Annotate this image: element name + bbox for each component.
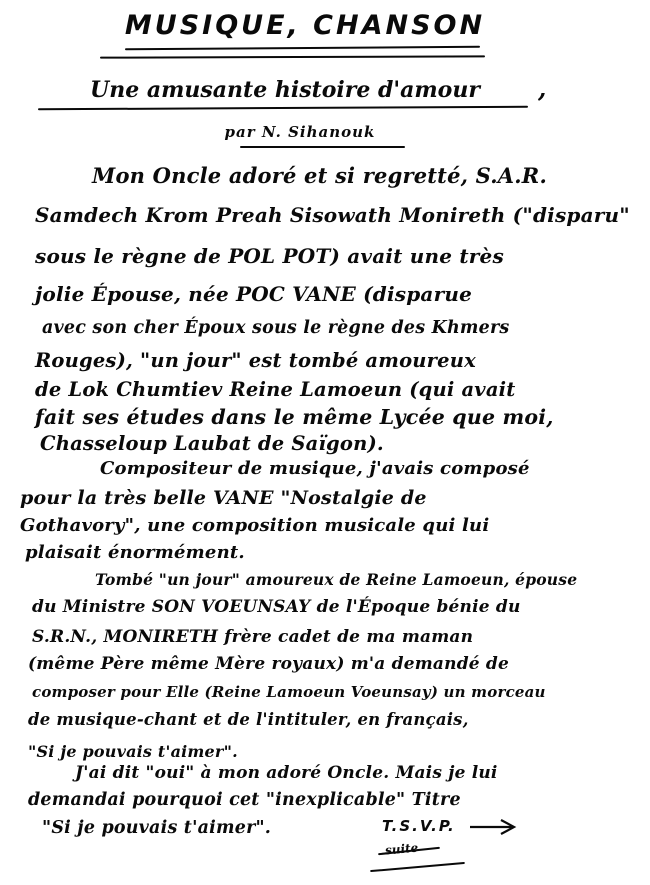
text-line: J'ai dit "oui" à mon adoré Oncle. Mais j… bbox=[75, 763, 498, 783]
title-underline bbox=[125, 46, 480, 50]
text-line: avec son cher Époux sous le règne des Kh… bbox=[42, 318, 509, 338]
text-line: Samdech Krom Preah Sisowath Monireth ("d… bbox=[35, 203, 630, 227]
text-line: Compositeur de musique, j'avais composé bbox=[100, 458, 530, 479]
text-line: S.R.N., MONIRETH frère cadet de ma maman bbox=[32, 627, 473, 647]
text-line: de Lok Chumtiev Reine Lamoeun (qui avait bbox=[35, 378, 515, 401]
subtitle-punctuation: , bbox=[538, 74, 546, 103]
text-line: plaisait énormément. bbox=[25, 542, 245, 563]
text-line: Mon Oncle adoré et si regretté, S.A.R. bbox=[92, 163, 547, 188]
text-line: demandai pourquoi cet "inexplicable" Tit… bbox=[28, 790, 461, 810]
text-line: sous le règne de POL POT) avait une très bbox=[35, 244, 504, 268]
text-line: Tombé "un jour" amoureux de Reine Lamoeu… bbox=[95, 570, 577, 589]
title-underline-2 bbox=[100, 55, 485, 58]
subtitle: Une amusante histoire d'amour bbox=[45, 77, 525, 103]
text-line: composer pour Elle (Reine Lamoeun Voeuns… bbox=[32, 683, 546, 701]
text-line: de musique-chant et de l'intituler, en f… bbox=[28, 710, 469, 729]
text-line: (même Père même Mère royaux) m'a demandé… bbox=[28, 654, 509, 674]
text-line: Chasseloup Laubat de Saïgon). bbox=[40, 432, 384, 455]
text-line: "Si je pouvais t'aimer". bbox=[28, 742, 238, 761]
text-line: Rouges), "un jour" est tombé amoureux bbox=[35, 349, 476, 372]
byline-underline bbox=[240, 146, 405, 148]
byline: par N. Sihanouk bbox=[175, 123, 425, 141]
signature-underline-2 bbox=[370, 862, 465, 872]
subtitle-underline bbox=[38, 106, 528, 111]
text-line: jolie Épouse, née POC VANE (disparue bbox=[35, 282, 472, 306]
arrow-right-icon bbox=[468, 818, 518, 836]
page-title: MUSIQUE, CHANSON bbox=[0, 10, 630, 41]
text-line: fait ses études dans le même Lycée que m… bbox=[35, 405, 554, 429]
text-line: "Si je pouvais t'aimer". bbox=[42, 818, 271, 838]
text-line: Gothavory", une composition musicale qui… bbox=[20, 515, 489, 536]
text-line: pour la très belle VANE "Nostalgie de bbox=[20, 487, 427, 509]
text-line: du Ministre SON VOEUNSAY de l'Époque bén… bbox=[32, 597, 521, 617]
turn-over-note: T.S.V.P. bbox=[382, 817, 456, 835]
handwritten-letter-page: MUSIQUE, CHANSON Une amusante histoire d… bbox=[0, 0, 650, 885]
